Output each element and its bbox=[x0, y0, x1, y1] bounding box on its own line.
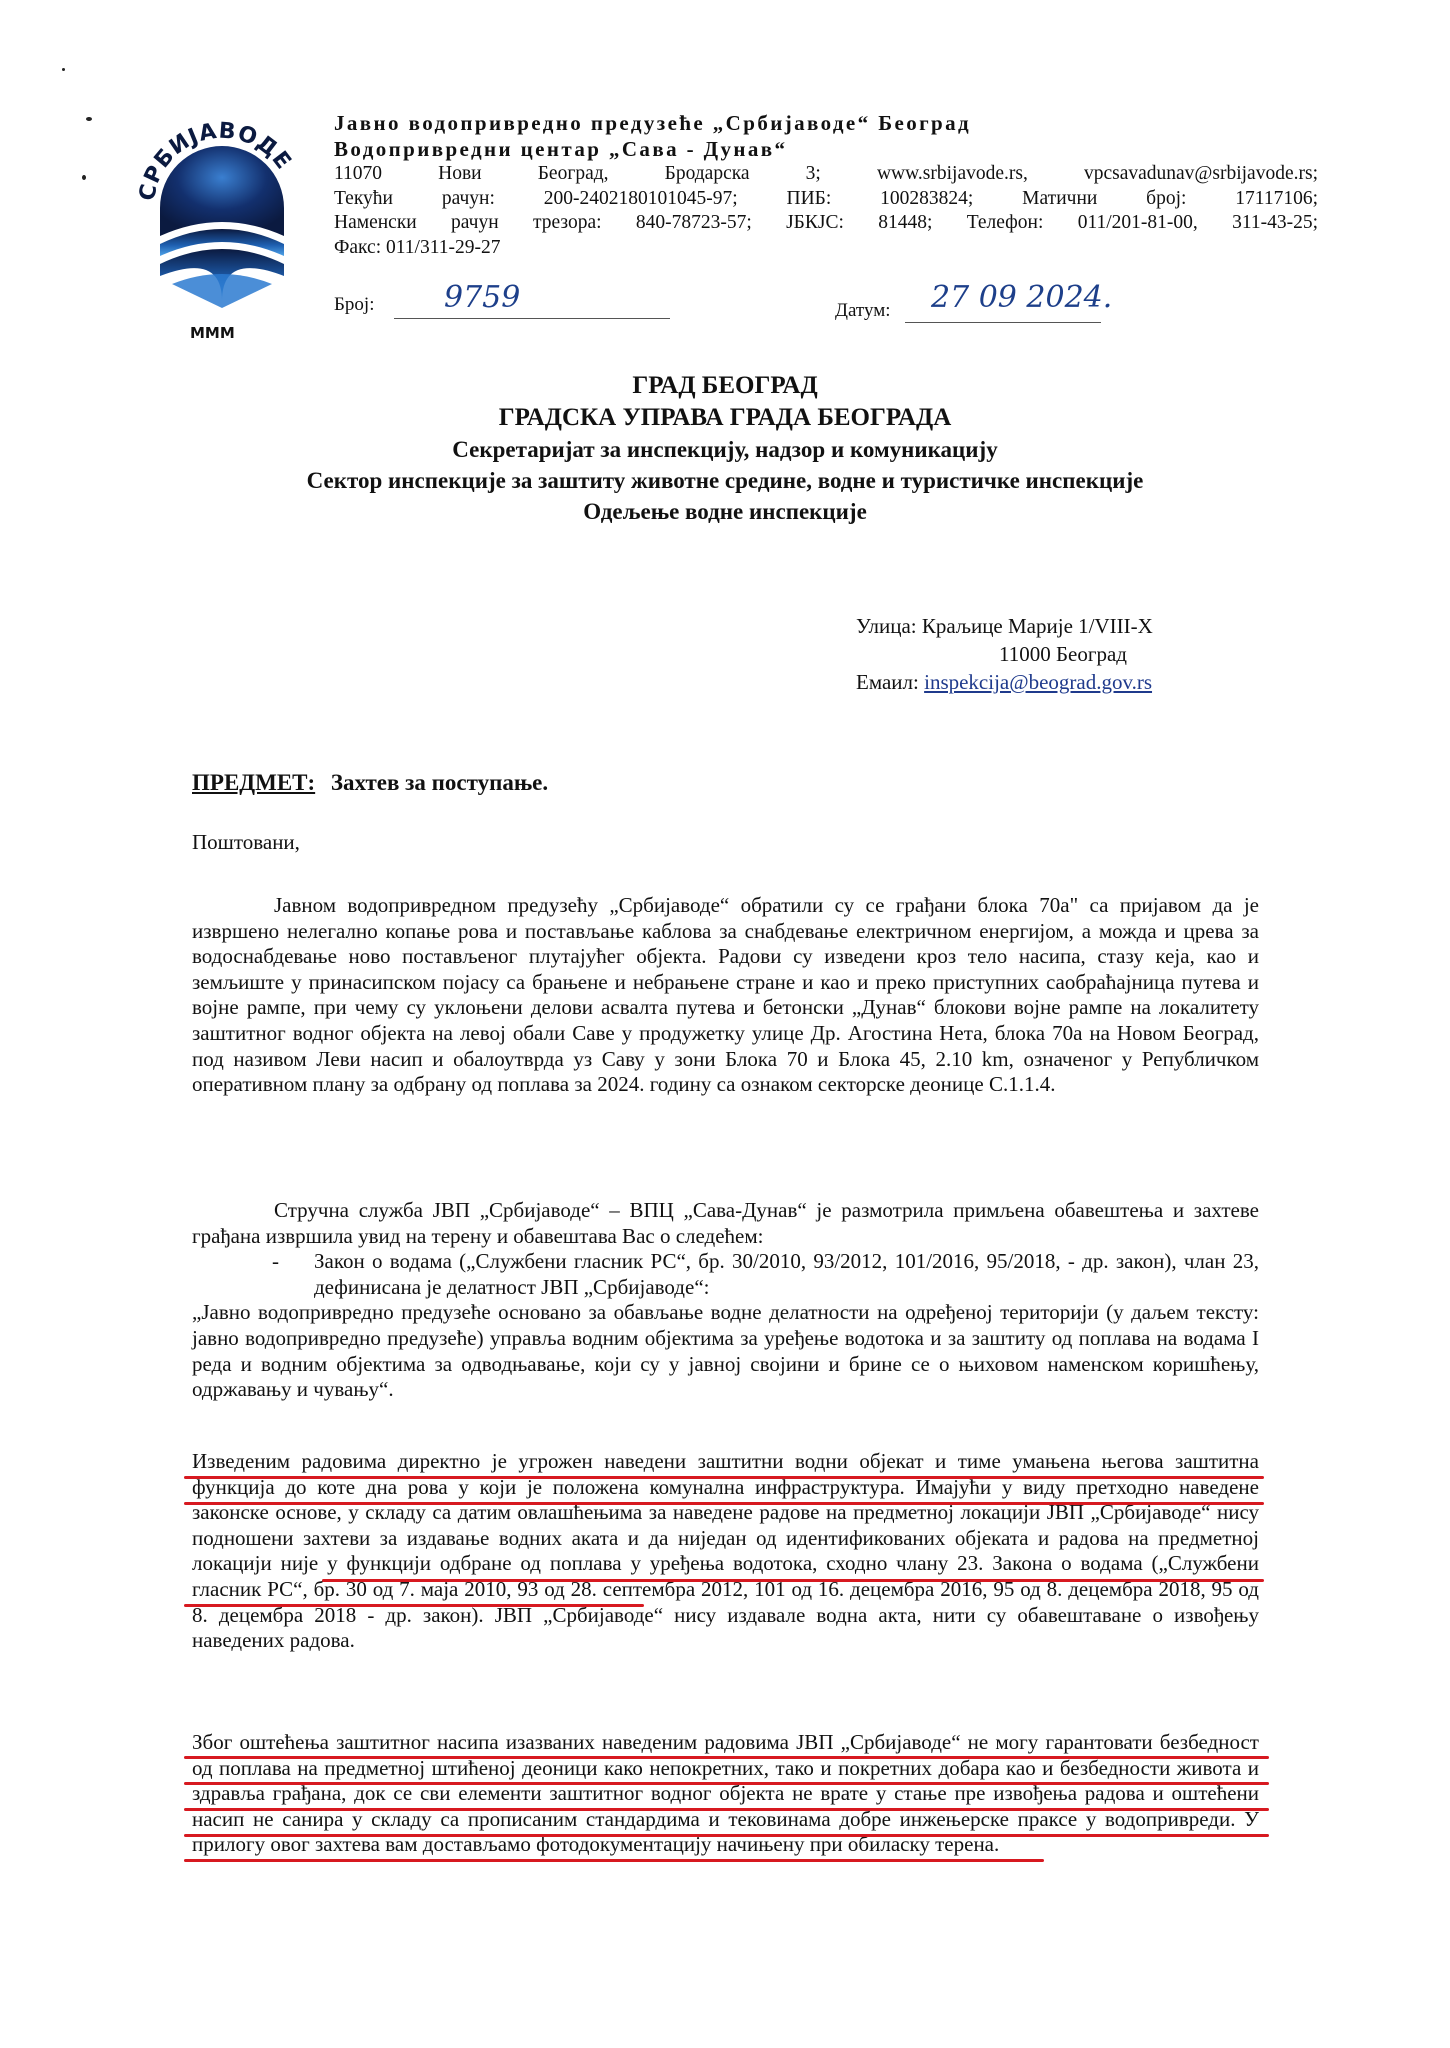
law-quote: „Јавно водопривредно предузеће основано … bbox=[192, 1300, 1259, 1402]
paragraph-report: Јавном водопривредном предузећу „Србијав… bbox=[192, 893, 1259, 1098]
scan-speck bbox=[62, 68, 65, 71]
red-underline bbox=[322, 1579, 1264, 1582]
date-label: Датум: bbox=[835, 300, 891, 322]
red-underline bbox=[184, 1476, 1264, 1479]
treasury-line: Наменски рачун трезора: 840-78723-57; ЈБ… bbox=[334, 211, 1318, 236]
number-value: 9759 bbox=[444, 280, 520, 315]
address-city: 11000 Београд bbox=[856, 640, 1153, 668]
paragraph-damage: Изведеним радовима директно је угрожен н… bbox=[192, 1449, 1259, 1654]
law-bullet: - Закон о водама („Службени гласник РС“,… bbox=[192, 1249, 1259, 1300]
document-page: СРБИЈАВОДЕ МММ Јавно водопривредно преду… bbox=[0, 0, 1450, 2048]
red-underline bbox=[184, 1808, 1269, 1811]
subject: ПРЕДМЕТ: Захтев за поступање. bbox=[192, 770, 548, 796]
bullet-text: Закон о водама („Службени гласник РС“, б… bbox=[314, 1249, 1259, 1300]
number-underline bbox=[394, 318, 670, 319]
scan-speck bbox=[86, 117, 92, 121]
scan-speck bbox=[82, 175, 86, 180]
srbijavode-logo-icon: СРБИЈАВОДЕ bbox=[132, 96, 308, 311]
subject-label: ПРЕДМЕТ: bbox=[192, 770, 315, 795]
address-line: 11070 Нови Београд, Бродарска 3; www.srb… bbox=[334, 162, 1318, 187]
date-value: 27 09 2024. bbox=[931, 280, 1112, 315]
highlighted-text: Због оштећења заштитног насипа изазваних… bbox=[192, 1730, 1259, 1831]
greeting: Поштовани, bbox=[192, 830, 300, 855]
red-underline bbox=[184, 1756, 1269, 1759]
bullet-dash: - bbox=[272, 1249, 314, 1300]
recipient-line: ГРАДСКА УПРАВА ГРАДА БЕОГРАДА bbox=[150, 402, 1300, 434]
email-link[interactable]: inspekcija@beograd.gov.rs bbox=[924, 670, 1152, 694]
author-initials: МММ bbox=[190, 324, 235, 342]
paragraph-findings: Стручна служба ЈВП „Србијаводе“ – ВПЦ „С… bbox=[192, 1198, 1259, 1403]
fax-line: Факс: 011/311-29-27 bbox=[334, 236, 1318, 261]
recipient-line: Сектор инспекције за заштиту животне сре… bbox=[150, 465, 1300, 496]
center-name: Водопривредни центар „Сава - Дунав“ bbox=[334, 136, 1318, 162]
address-street: Улица: Краљице Марије 1/VIII-X bbox=[856, 612, 1153, 640]
red-underline bbox=[184, 1604, 644, 1607]
red-underline bbox=[184, 1502, 1264, 1505]
date-underline bbox=[905, 322, 1101, 323]
recipient-block: ГРАД БЕОГРАД ГРАДСКА УПРАВА ГРАДА БЕОГРА… bbox=[150, 370, 1300, 527]
letterhead: Јавно водопривредно предузеће „Србијавод… bbox=[334, 110, 1318, 260]
red-underline bbox=[184, 1834, 1269, 1837]
paragraph-text: Стручна служба ЈВП „Србијаводе“ – ВПЦ „С… bbox=[192, 1198, 1259, 1249]
recipient-line: Одељење водне инспекције bbox=[150, 496, 1300, 527]
paragraph-safety: Због оштећења заштитног насипа изазваних… bbox=[192, 1730, 1259, 1858]
recipient-line: Секретаријат за инспекцију, надзор и ком… bbox=[150, 434, 1300, 465]
subject-text: Захтев за поступање. bbox=[331, 770, 548, 795]
email-label: Емаил: bbox=[856, 670, 919, 694]
red-underline bbox=[184, 1859, 1044, 1862]
number-label: Број: bbox=[334, 294, 374, 316]
paragraph-text: Јавном водопривредном предузећу „Србијав… bbox=[192, 893, 1259, 1098]
recipient-line: ГРАД БЕОГРАД bbox=[150, 370, 1300, 402]
organization-name: Јавно водопривредно предузеће „Србијавод… bbox=[334, 110, 1318, 136]
red-underline bbox=[184, 1782, 1269, 1785]
recipient-address: Улица: Краљице Марије 1/VIII-X 11000 Бео… bbox=[856, 612, 1153, 696]
account-line: Текући рачун: 200-2402180101045-97; ПИБ:… bbox=[334, 187, 1318, 212]
